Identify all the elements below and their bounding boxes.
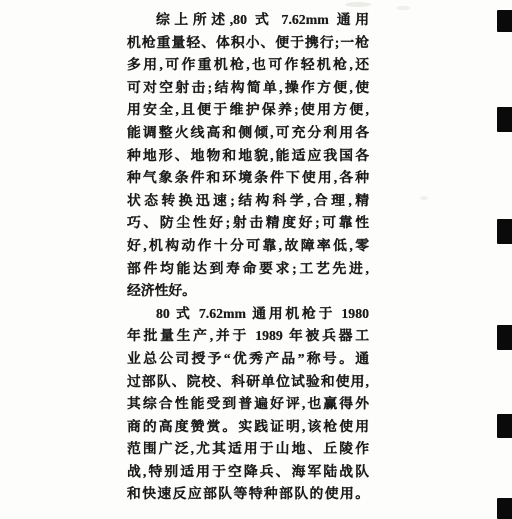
scan-smudge bbox=[345, 2, 371, 7]
page-edge-mark bbox=[497, 325, 512, 350]
text-line: 种气象条件和环境条件下使用,各种 bbox=[127, 167, 369, 190]
page-edge-mark bbox=[497, 498, 512, 519]
text-line: 部件均能达到寿命要求;工艺先进, bbox=[127, 258, 369, 281]
page: 综上所述,80 式 7.62mm 通用 机枪重量轻、体积小、便于携行;一枪 多用… bbox=[0, 0, 512, 519]
text-line: 80 式 7.62mm 通用机枪于 1980 bbox=[127, 303, 369, 326]
text-line: 业总公司授予“优秀产品”称号。通 bbox=[127, 348, 369, 371]
text-line: 战,特别适用于空降兵、海军陆战队 bbox=[127, 461, 369, 484]
scan-smudge bbox=[396, 6, 410, 10]
text-line: 可对空射击;结构简单,操作方便,使 bbox=[127, 77, 369, 100]
text-line: 状态转换迅速;结构科学,合理,精 bbox=[127, 190, 369, 213]
text-line: 种地形、地物和地貌,能适应我国各 bbox=[127, 145, 369, 168]
text-line: 多用,可作重机枪,也可作轻机枪,还 bbox=[127, 54, 369, 77]
text-line: 好,机构动作十分可靠,故障率低,零 bbox=[127, 235, 369, 258]
text-line: 经济性好。 bbox=[127, 280, 369, 303]
text-line: 能调整火线高和侧倾,可充分利用各 bbox=[127, 122, 369, 145]
text-line: 和快速反应部队等特种部队的使用。 bbox=[127, 483, 369, 506]
scan-smudge bbox=[420, 196, 428, 200]
text-line: 巧、防尘性好;射击精度好;可靠性 bbox=[127, 212, 369, 235]
page-edge-mark bbox=[497, 10, 512, 32]
page-edge-mark bbox=[497, 414, 512, 438]
text-line: 用安全,且便于维护保养;使用方便, bbox=[127, 99, 369, 122]
body-text: 综上所述,80 式 7.62mm 通用 机枪重量轻、体积小、便于携行;一枪 多用… bbox=[127, 9, 369, 506]
page-edge-mark bbox=[497, 219, 512, 244]
page-edge-mark bbox=[497, 107, 512, 132]
text-line: 范围广泛,尤其适用于山地、丘陵作 bbox=[127, 438, 369, 461]
text-line: 综上所述,80 式 7.62mm 通用 bbox=[127, 9, 369, 32]
text-line: 年批量生产,并于 1989 年被兵器工 bbox=[127, 325, 369, 348]
text-line: 商的高度赞赏。实践证明,该枪使用 bbox=[127, 416, 369, 439]
text-line: 机枪重量轻、体积小、便于携行;一枪 bbox=[127, 32, 369, 55]
text-line: 其综合性能受到普遍好评,也赢得外 bbox=[127, 393, 369, 416]
text-line: 过部队、院校、科研单位试验和使用, bbox=[127, 371, 369, 394]
